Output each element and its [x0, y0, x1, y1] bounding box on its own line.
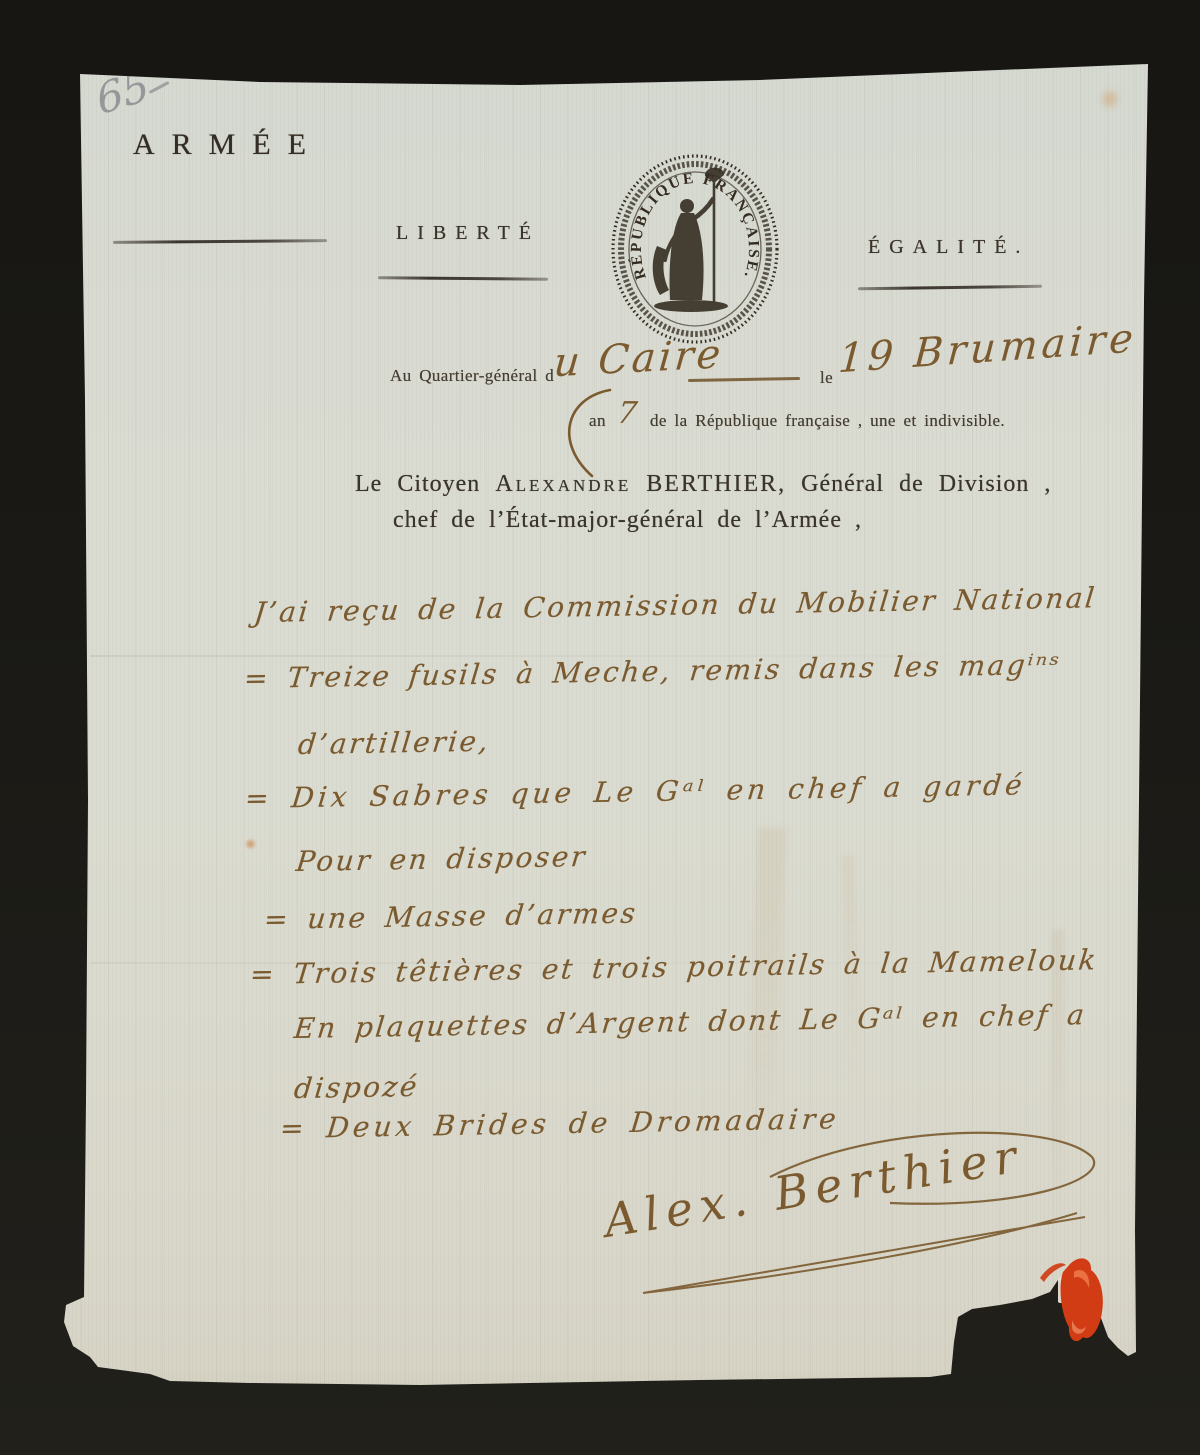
wax-seal-fragment [1028, 1250, 1122, 1354]
liberty-heading: LIBERTÉ [396, 222, 540, 245]
edge-stain [1100, 86, 1120, 112]
rule-under-armee [113, 239, 327, 244]
manuscript-line: En plaquettes d’Argent dont Le Gᵃˡ en ch… [293, 998, 1089, 1045]
manuscript-line: dispozé [293, 1070, 421, 1105]
rule-under-liberte [378, 276, 548, 280]
document-paper: 65 ARMÉE LIBERTÉ ÉGALITÉ. RÉPUBLIQUE FRA… [0, 0, 1200, 1455]
manuscript-line: J’ai reçu de la Commission du Mobilier N… [253, 581, 1099, 629]
dateline-printed-suffix: de la République française , une et indi… [650, 411, 1005, 431]
pencil-number: 65 [92, 61, 153, 125]
photo-background: 65 ARMÉE LIBERTÉ ÉGALITÉ. RÉPUBLIQUE FRA… [0, 0, 1200, 1455]
year-handwritten: 7 [615, 396, 639, 431]
officer-title: Général de Division , [801, 471, 1051, 497]
script-flourish [548, 382, 628, 482]
equality-heading: ÉGALITÉ. [868, 236, 1029, 259]
dateline-filler-dash [688, 377, 800, 382]
republic-seal: RÉPUBLIQUE FRANÇAISE. [602, 150, 784, 346]
officer-last-name: BERTHIER, [646, 471, 786, 497]
dateline-printed-an: an [589, 411, 606, 431]
fox-spot-stain [244, 838, 257, 850]
manuscript-line: = Dix Sabres que Le Gᵃˡ en chef a gardé [244, 768, 1028, 815]
manuscript-line: = une Masse d’armes [263, 896, 640, 936]
manuscript-line: = Treize fusils à Meche, remis dans les … [243, 648, 1063, 695]
manuscript-line: = Trois têtières et trois poitrails à la… [249, 943, 1100, 991]
pencil-stroke [149, 81, 170, 94]
manuscript-line: d’artillerie, [297, 725, 492, 761]
dateline-printed-prefix: Au Quartier-général d [390, 366, 554, 386]
signature-name: Alex. Berthier [596, 1128, 1027, 1248]
manuscript-line: Pour en disposer [295, 840, 589, 878]
officer-role-line: chef de l’État-major-général de l’Armée … [393, 507, 862, 534]
officer-intro-line: Le Citoyen Alexandre BERTHIER, Général d… [355, 471, 1051, 498]
dateline-printed-le: le [820, 368, 833, 388]
rule-under-egalite [858, 285, 1042, 291]
officer-intro: Le Citoyen [355, 471, 480, 497]
date-handwritten: 19 Brumaire [837, 315, 1139, 382]
army-title: ARMÉE [133, 128, 323, 162]
officer-first-name: Alexandre [495, 471, 631, 497]
